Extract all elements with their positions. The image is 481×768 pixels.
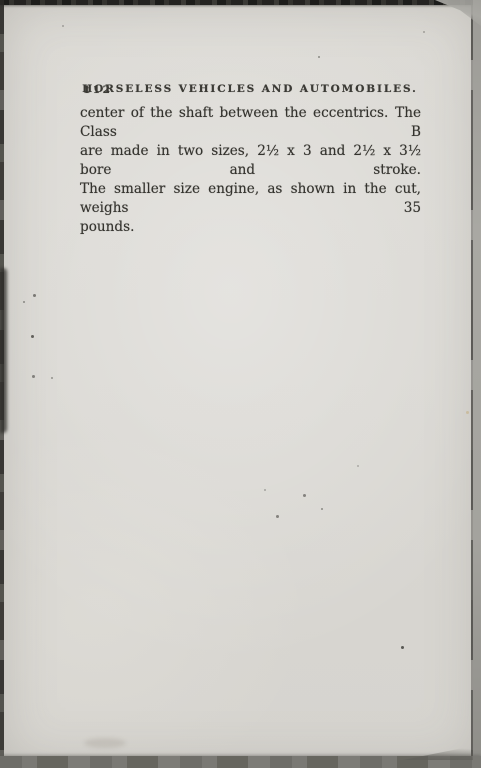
paragraph-line: The smaller size engine, as shown in the… — [80, 180, 421, 218]
scan-speck — [264, 489, 266, 491]
scan-edge-right — [473, 0, 481, 768]
running-title: HORSELESS VEHICLES AND AUTOMOBILES. — [80, 83, 420, 95]
page-number: 112 — [83, 84, 112, 96]
scan-speck — [303, 494, 306, 497]
body-text: center of the shaft between the eccentri… — [80, 104, 421, 237]
scan-speck — [466, 411, 469, 414]
paragraph-line: pounds. — [80, 218, 421, 237]
scan-smudge — [84, 738, 126, 748]
scan-speck — [31, 335, 34, 338]
scan-corner-bottom-right — [403, 746, 473, 760]
page-header: 112 HORSELESS VEHICLES AND AUTOMOBILES. — [80, 83, 420, 95]
scan-speck — [23, 301, 25, 303]
scan-speck — [33, 294, 36, 297]
scanned-book-page: 112 HORSELESS VEHICLES AND AUTOMOBILES. … — [0, 0, 481, 768]
scan-speck — [357, 465, 359, 467]
scan-edge-left-shadow — [0, 268, 7, 433]
paragraph-line: are made in two sizes, 2½ x 3 and 2½ x 3… — [80, 142, 421, 180]
scan-speck — [423, 31, 425, 33]
paragraph-line: center of the shaft between the eccentri… — [80, 104, 421, 142]
scan-speck — [321, 508, 323, 510]
scan-speck — [401, 646, 404, 649]
scan-speck — [62, 25, 64, 27]
scan-speck — [318, 56, 320, 58]
scan-speck — [51, 377, 53, 379]
scan-speck — [276, 515, 279, 518]
scan-speck — [32, 375, 35, 378]
scan-edge-bottom — [0, 756, 481, 768]
scan-edge-top — [0, 0, 481, 5]
